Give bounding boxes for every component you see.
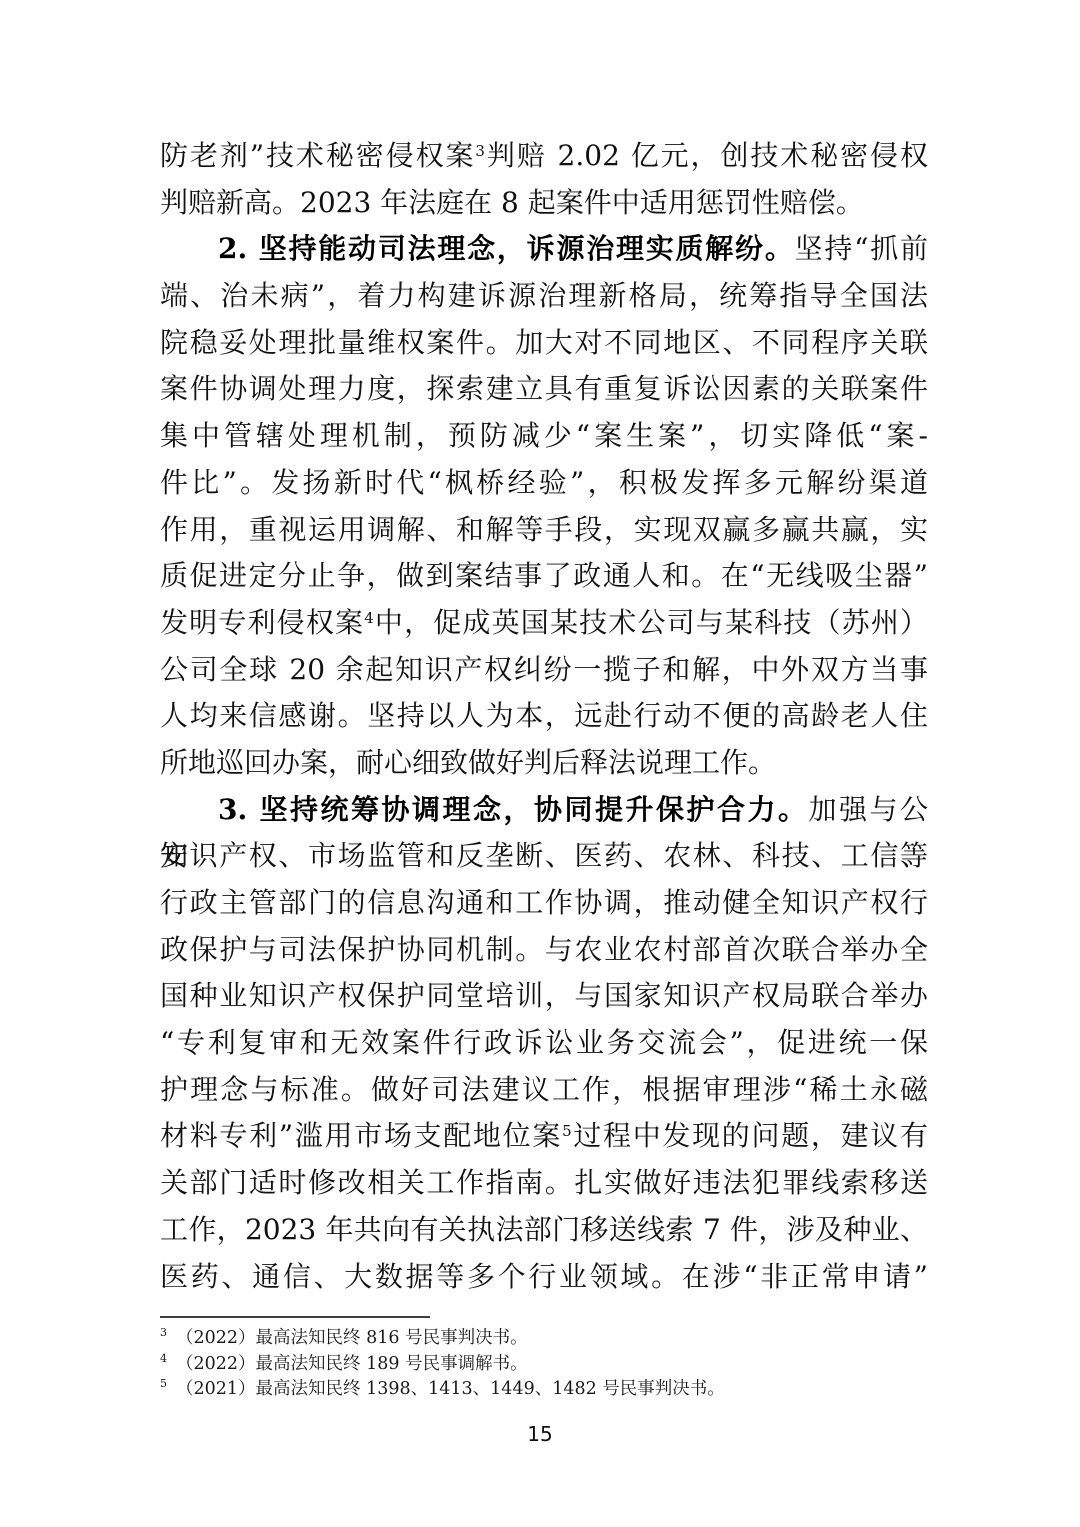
body-line: 院稳妥处理批量维权案件。加大对不同地区、不同程序关联 <box>160 320 928 367</box>
body-text-segment: 坚持“抓前 <box>795 232 928 265</box>
body-text-segment: 判赔 2.02 亿元，创技术秘密侵权 <box>485 139 928 172</box>
footnote-text: （2022）最高法知民终 189 号民事调解书。 <box>176 1354 528 1374</box>
body-text-segment: 防老剂”技术秘密侵权案 <box>160 139 475 172</box>
body-line: 政保护与司法保护协同机制。与农业农村部首次联合举办全 <box>160 927 928 974</box>
footnote: 4（2022）最高法知民终 189 号民事调解书。 <box>160 1352 928 1378</box>
footnote-text: （2022）最高法知民终 816 号民事判决书。 <box>176 1328 528 1348</box>
body-line: 集中管辖处理机制，预防减少“案生案”，切实降低“案- <box>160 413 928 460</box>
body-text-segment: 件比”。发扬新时代“枫桥经验”，积极发挥多元解纷渠道 <box>160 466 928 499</box>
footnote-mark: 4 <box>160 1352 167 1365</box>
body-line: 案件协调处理力度，探索建立具有重复诉讼因素的关联案件 <box>160 366 928 413</box>
body-line: 材料专利”滥用市场支配地位案5过程中发现的问题，建议有 <box>160 1113 928 1160</box>
body-text: 防老剂”技术秘密侵权案3判赔 2.02 亿元，创技术秘密侵权判赔新高。2023 … <box>160 133 928 1300</box>
body-line: 2. 坚持能动司法理念，诉源治理实质解纷。坚持“抓前 <box>160 226 928 273</box>
body-line: “专利复审和无效案件行政诉讼业务交流会”，促进统一保 <box>160 1020 928 1067</box>
footnote: 5（2021）最高法知民终 1398、1413、1449、1482 号民事判决书… <box>160 1377 928 1403</box>
footnote-ref: 5 <box>562 1122 572 1140</box>
body-text-segment: 案件协调处理力度，探索建立具有重复诉讼因素的关联案件 <box>160 372 928 405</box>
body-text-segment: “专利复审和无效案件行政诉讼业务交流会”，促进统一保 <box>160 1026 928 1059</box>
body-text-segment: 国种业知识产权保护同堂培训，与国家知识产权局联合举办 <box>160 979 928 1012</box>
footnote-area: 3（2022）最高法知民终 816 号民事判决书。4（2022）最高法知民终 1… <box>160 1316 928 1403</box>
body-line: 件比”。发扬新时代“枫桥经验”，积极发挥多元解纷渠道 <box>160 460 928 507</box>
body-text-segment: 人均来信感谢。坚持以人为本，远赴行动不便的高龄老人住 <box>160 699 928 732</box>
body-line: 端、治未病”，着力构建诉源治理新格局，统筹指导全国法 <box>160 273 928 320</box>
body-text-segment: 院稳妥处理批量维权案件。加大对不同地区、不同程序关联 <box>160 326 928 359</box>
footnote-mark: 3 <box>160 1326 167 1339</box>
section-heading-text: 3. 坚持统筹协调理念，协同提升保护合力。 <box>218 793 808 826</box>
body-line: 判赔新高。2023 年法庭在 8 起案件中适用惩罚性赔偿。 <box>160 180 928 227</box>
body-text-segment: 作用，重视运用调解、和解等手段，实现双赢多赢共赢，实 <box>160 513 928 546</box>
footnote-ref: 3 <box>475 142 485 160</box>
section-heading-text: 2. 坚持能动司法理念，诉源治理实质解纷。 <box>218 232 795 265</box>
body-text-segment: 集中管辖处理机制，预防减少“案生案”，切实降低“案- <box>160 419 928 452</box>
page-number: 15 <box>0 1422 1080 1446</box>
body-text-segment: 政保护与司法保护协同机制。与农业农村部首次联合举办全 <box>160 933 928 966</box>
body-line: 关部门适时修改相关工作指南。扎实做好违法犯罪线索移送 <box>160 1160 928 1207</box>
body-text-segment: 材料专利”滥用市场支配地位案 <box>160 1119 562 1152</box>
body-text-segment: 关部门适时修改相关工作指南。扎实做好违法犯罪线索移送 <box>160 1166 928 1199</box>
body-text-segment: 端、治未病”，着力构建诉源治理新格局，统筹指导全国法 <box>160 279 928 312</box>
body-line: 作用，重视运用调解、和解等手段，实现双赢多赢共赢，实 <box>160 507 928 554</box>
body-line: 行政主管部门的信息沟通和工作协调，推动健全知识产权行 <box>160 880 928 927</box>
footnote-list: 3（2022）最高法知民终 816 号民事判决书。4（2022）最高法知民终 1… <box>160 1326 928 1403</box>
body-text-segment: 护理念与标准。做好司法建议工作，根据审理涉“稀土永磁 <box>160 1073 928 1106</box>
body-line: 国种业知识产权保护同堂培训，与国家知识产权局联合举办 <box>160 973 928 1020</box>
body-line: 所地巡回办案，耐心细致做好判后释法说理工作。 <box>160 740 928 787</box>
body-text-segment: 判赔新高。2023 年法庭在 8 起案件中适用惩罚性赔偿。 <box>160 186 864 219</box>
body-text-segment: 行政主管部门的信息沟通和工作协调，推动健全知识产权行 <box>160 886 928 919</box>
document-page: 防老剂”技术秘密侵权案3判赔 2.02 亿元，创技术秘密侵权判赔新高。2023 … <box>0 0 1080 1527</box>
body-text-segment: 所地巡回办案，耐心细致做好判后释法说理工作。 <box>160 746 776 779</box>
body-text-segment: 发明专利侵权案 <box>160 606 364 639</box>
footnote-mark: 5 <box>160 1377 167 1390</box>
footnote-ref: 4 <box>364 609 374 627</box>
body-line: 防老剂”技术秘密侵权案3判赔 2.02 亿元，创技术秘密侵权 <box>160 133 928 180</box>
body-line: 3. 坚持统筹协调理念，协同提升保护合力。加强与公安、 <box>160 787 928 834</box>
body-text-segment: 知识产权、市场监管和反垄断、医药、农林、科技、工信等 <box>160 839 928 872</box>
body-text-segment: 过程中发现的问题，建议有 <box>572 1119 928 1152</box>
footnote-text: （2021）最高法知民终 1398、1413、1449、1482 号民事判决书。 <box>176 1379 725 1399</box>
body-text-segment: 医药、通信、大数据等多个行业领域。在涉“非正常申请” <box>160 1260 928 1293</box>
body-text-segment: 公司全球 20 余起知识产权纠纷一揽子和解，中外双方当事 <box>160 653 928 686</box>
body-line: 人均来信感谢。坚持以人为本，远赴行动不便的高龄老人住 <box>160 693 928 740</box>
footnote-separator <box>160 1316 430 1318</box>
body-line: 质促进定分止争，做到案结事了政通人和。在“无线吸尘器” <box>160 553 928 600</box>
footnote: 3（2022）最高法知民终 816 号民事判决书。 <box>160 1326 928 1352</box>
body-text-segment: 质促进定分止争，做到案结事了政通人和。在“无线吸尘器” <box>160 559 928 592</box>
body-line: 公司全球 20 余起知识产权纠纷一揽子和解，中外双方当事 <box>160 647 928 694</box>
body-line: 知识产权、市场监管和反垄断、医药、农林、科技、工信等 <box>160 833 928 880</box>
body-text-segment: 中，促成英国某技术公司与某科技（苏州） <box>374 606 928 639</box>
body-line: 发明专利侵权案4中，促成英国某技术公司与某科技（苏州） <box>160 600 928 647</box>
body-line: 护理念与标准。做好司法建议工作，根据审理涉“稀土永磁 <box>160 1067 928 1114</box>
body-text-segment: 工作，2023 年共向有关执法部门移送线索 7 件，涉及种业、 <box>160 1213 928 1246</box>
body-line: 工作，2023 年共向有关执法部门移送线索 7 件，涉及种业、 <box>160 1207 928 1254</box>
body-line: 医药、通信、大数据等多个行业领域。在涉“非正常申请” <box>160 1254 928 1301</box>
